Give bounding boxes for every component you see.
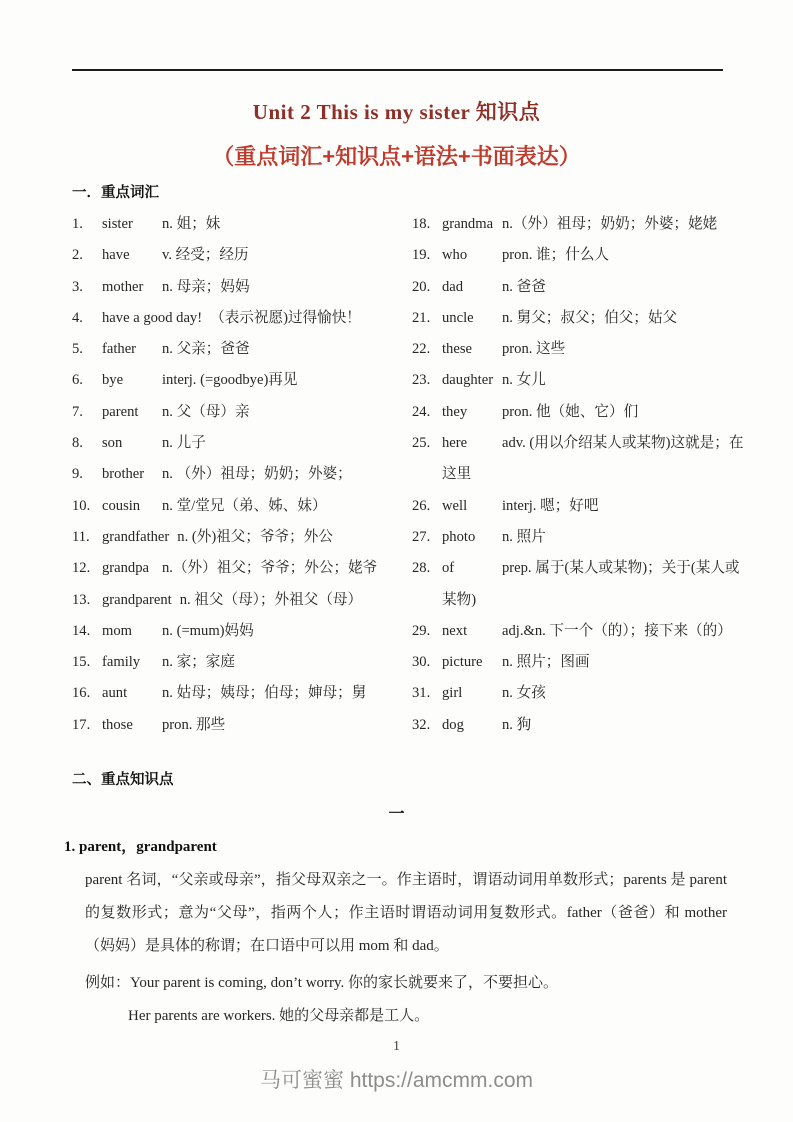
vocab-word: aunt [102, 678, 162, 709]
vocab-item: 21.unclen. 舅父；叔父；伯父；姑父 [412, 303, 742, 334]
vocab-number: 9. [72, 459, 102, 490]
section-heading-knowledge: 二、重点知识点 [72, 768, 174, 789]
example-label: 例如： [85, 975, 130, 991]
vocab-number: 7. [72, 397, 102, 428]
vocab-number: 13. [72, 585, 102, 616]
vocab-item: 19.whopron. 谁；什么人 [412, 240, 742, 271]
vocab-item: 4.have a good day!（表示祝愿)过得愉快！ [72, 303, 408, 334]
vocab-word: picture [442, 647, 502, 678]
vocab-item: 11.grandfathern. (外)祖父；爷爷；外公 [72, 522, 408, 553]
vocab-item: 5.fathern. 父亲；爸爸 [72, 334, 408, 365]
vocab-meaning: n. 女孩 [502, 678, 546, 709]
header-rule [72, 69, 723, 71]
vocab-meaning: interj. (=goodbye)再见 [162, 365, 298, 396]
vocab-item: 6.byeinterj. (=goodbye)再见 [72, 365, 408, 396]
vocab-meaning: interj. 嗯；好吧 [502, 491, 598, 522]
vocab-meaning: pron. 这些 [502, 334, 565, 365]
vocab-meaning: n. 姑母；姨母；伯母；婶母；舅 [162, 678, 366, 709]
vocab-word: son [102, 428, 162, 459]
vocab-number: 19. [412, 240, 442, 271]
vocab-meaning: pron. 他（她、它）们 [502, 397, 638, 428]
vocab-meaning: n. 祖父（母）；外祖父（母） [180, 585, 362, 616]
vocab-word: family [102, 647, 162, 678]
vocab-item: 25.hereadv. (用以介绍某人或某物)这就是；在这里 [412, 428, 742, 491]
vocab-number: 6. [72, 365, 102, 396]
vocab-meaning: n. 舅父；叔父；伯父；姑父 [502, 303, 677, 334]
vocab-meaning: adj.&n. 下一个（的）；接下来（的） [502, 616, 732, 647]
vocab-number: 3. [72, 272, 102, 303]
vocab-item: 18.grandman.（外）祖母；奶奶；外婆；姥姥 [412, 209, 742, 240]
vocab-meaning: n.（外）祖父；爷爷；外公；姥爷 [162, 553, 377, 584]
vocab-word: mom [102, 616, 162, 647]
vocab-item: 14.momn. (=mum)妈妈 [72, 616, 408, 647]
vocab-item: 7.parentn. 父（母）亲 [72, 397, 408, 428]
vocab-number: 16. [72, 678, 102, 709]
vocab-word: dad [442, 272, 502, 303]
subsection-divider: 一 [0, 801, 793, 824]
knowledge-paragraph: parent 名词，“父亲或母亲”，指父母双亲之一。作主语时，谓语动词用单数形式… [85, 864, 727, 963]
vocab-word: father [102, 334, 162, 365]
vocab-item: 29.nextadj.&n. 下一个（的）；接下来（的） [412, 616, 742, 647]
vocab-word: photo [442, 522, 502, 553]
vocab-number: 26. [412, 491, 442, 522]
vocab-meaning: n. 照片；图画 [502, 647, 590, 678]
vocab-number: 12. [72, 553, 102, 584]
vocab-item: 22.thesepron. 这些 [412, 334, 742, 365]
vocab-number: 24. [412, 397, 442, 428]
example-1-text: Your parent is coming, don’t worry. 你的家长… [130, 975, 558, 991]
vocab-item: 32.dogn. 狗 [412, 710, 742, 741]
page-number: 1 [0, 1038, 793, 1054]
vocab-word: here [442, 428, 502, 459]
section-heading-vocabulary: 一．重点词汇 [72, 181, 159, 202]
example-line-2: Her parents are workers. 她的父母亲都是工人。 [128, 1000, 429, 1033]
vocab-meaning: n. (外)祖父；爷爷；外公 [177, 522, 333, 553]
vocab-word: these [442, 334, 502, 365]
vocab-meaning: pron. 谁；什么人 [502, 240, 609, 271]
example-line-1: 例如：Your parent is coming, don’t worry. 你… [85, 967, 558, 1000]
vocab-meaning: adv. (用以介绍某人或某物)这就是；在 [502, 428, 743, 459]
vocab-meaning: n. 照片 [502, 522, 546, 553]
vocab-word: parent [102, 397, 162, 428]
vocab-number: 27. [412, 522, 442, 553]
vocab-number: 4. [72, 303, 102, 334]
document-title: Unit 2 This is my sister 知识点 [0, 96, 793, 126]
vocab-item: 16.auntn. 姑母；姨母；伯母；婶母；舅 [72, 678, 408, 709]
vocab-number: 31. [412, 678, 442, 709]
vocab-item: 15.familyn. 家；家庭 [72, 647, 408, 678]
vocab-item: 23.daughtern. 女儿 [412, 365, 742, 396]
vocab-number: 29. [412, 616, 442, 647]
vocab-item: 9.brothern. （外）祖母；奶奶；外婆； [72, 459, 408, 490]
vocab-number: 14. [72, 616, 102, 647]
vocab-number: 22. [412, 334, 442, 365]
vocab-number: 2. [72, 240, 102, 271]
vocab-meaning: n.（外）祖母；奶奶；外婆；姥姥 [502, 209, 717, 240]
vocab-word: mother [102, 272, 162, 303]
vocab-word: grandparent [102, 585, 180, 616]
vocab-item: 17.thosepron. 那些 [72, 710, 408, 741]
vocab-number: 30. [412, 647, 442, 678]
vocab-meaning: n. 父亲；爸爸 [162, 334, 250, 365]
vocab-meaning: n. 女儿 [502, 365, 546, 396]
vocab-word: they [442, 397, 502, 428]
vocab-word: next [442, 616, 502, 647]
vocab-word: of [442, 553, 502, 584]
vocab-number: 18. [412, 209, 442, 240]
vocab-word: grandpa [102, 553, 162, 584]
vocab-word: daughter [442, 365, 502, 396]
vocab-word: sister [102, 209, 162, 240]
vocab-number: 1. [72, 209, 102, 240]
vocab-word: cousin [102, 491, 162, 522]
vocab-word: those [102, 710, 162, 741]
vocab-number: 23. [412, 365, 442, 396]
vocab-number: 15. [72, 647, 102, 678]
vocab-number: 8. [72, 428, 102, 459]
vocab-meaning-continuation: 这里 [412, 459, 742, 490]
vocab-item: 13.grandparentn. 祖父（母）；外祖父（母） [72, 585, 408, 616]
vocab-meaning: n. 儿子 [162, 428, 206, 459]
document-subtitle: （重点词汇+知识点+语法+书面表达） [0, 140, 793, 171]
vocab-number: 17. [72, 710, 102, 741]
vocab-item: 1.sistern. 姐；妹 [72, 209, 408, 240]
vocab-meaning: n. 堂/堂兄（弟、姊、妹） [162, 491, 327, 522]
vocab-item: 24.theypron. 他（她、它）们 [412, 397, 742, 428]
vocab-meaning: n. 爸爸 [502, 272, 546, 303]
vocab-item: 3.mothern. 母亲；妈妈 [72, 272, 408, 303]
vocab-item: 30.picturen. 照片；图画 [412, 647, 742, 678]
vocab-meaning: n. 父（母）亲 [162, 397, 250, 428]
vocab-number: 25. [412, 428, 442, 459]
watermark-text: 马可蜜蜜 https://amcmm.com [0, 1064, 793, 1094]
vocab-meaning: v. 经受；经历 [162, 240, 249, 271]
vocab-word: who [442, 240, 502, 271]
vocab-item: 8.sonn. 儿子 [72, 428, 408, 459]
document-page: Unit 2 This is my sister 知识点 （重点词汇+知识点+语… [0, 0, 793, 1122]
vocab-word: have [102, 240, 162, 271]
vocab-meaning: pron. 那些 [162, 710, 225, 741]
vocab-word: well [442, 491, 502, 522]
vocab-item: 27.photon. 照片 [412, 522, 742, 553]
vocab-item: 10.cousinn. 堂/堂兄（弟、姊、妹） [72, 491, 408, 522]
vocab-item: 31.girln. 女孩 [412, 678, 742, 709]
vocab-number: 32. [412, 710, 442, 741]
vocab-number: 10. [72, 491, 102, 522]
vocab-meaning: prep. 属于(某人或某物)；关于(某人或 [502, 553, 740, 584]
vocab-word: girl [442, 678, 502, 709]
vocab-meaning: n. 狗 [502, 710, 531, 741]
vocab-column-left: 1.sistern. 姐；妹2.havev. 经受；经历3.mothern. 母… [72, 209, 408, 741]
vocab-word: have a good day! [102, 303, 210, 334]
vocab-item: 12.grandpan.（外）祖父；爷爷；外公；姥爷 [72, 553, 408, 584]
vocab-word: bye [102, 365, 162, 396]
vocab-item: 28.ofprep. 属于(某人或某物)；关于(某人或某物) [412, 553, 742, 616]
vocab-meaning: n. 家；家庭 [162, 647, 235, 678]
vocab-number: 11. [72, 522, 102, 553]
vocab-word: brother [102, 459, 162, 490]
vocab-word: uncle [442, 303, 502, 334]
vocab-word: dog [442, 710, 502, 741]
vocab-item: 2.havev. 经受；经历 [72, 240, 408, 271]
vocab-item: 26.wellinterj. 嗯；好吧 [412, 491, 742, 522]
vocab-item: 20.dadn. 爸爸 [412, 272, 742, 303]
vocab-meaning: n. (=mum)妈妈 [162, 616, 254, 647]
vocab-number: 20. [412, 272, 442, 303]
vocab-meaning-continuation: 某物) [412, 585, 742, 616]
vocab-word: grandma [442, 209, 502, 240]
vocab-number: 28. [412, 553, 442, 584]
vocab-meaning: n. 姐；妹 [162, 209, 220, 240]
vocab-number: 21. [412, 303, 442, 334]
vocab-column-right: 18.grandman.（外）祖母；奶奶；外婆；姥姥19.whopron. 谁；… [412, 209, 742, 741]
knowledge-point-title: 1. parent，grandparent [64, 835, 217, 856]
vocab-meaning: n. 母亲；妈妈 [162, 272, 250, 303]
vocab-number: 5. [72, 334, 102, 365]
vocab-meaning: （表示祝愿)过得愉快！ [210, 303, 361, 334]
vocab-word: grandfather [102, 522, 177, 553]
vocab-meaning: n. （外）祖母；奶奶；外婆； [162, 459, 352, 490]
